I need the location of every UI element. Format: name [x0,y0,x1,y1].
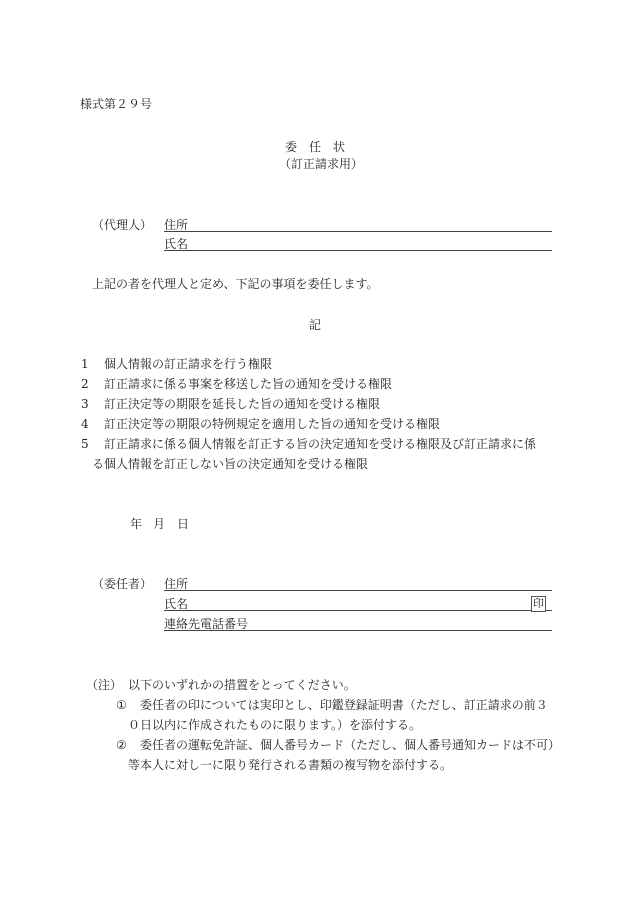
date-day-label: 日 [177,517,189,531]
agent-role-label: （代理人） [92,218,152,232]
note-mark: ② [116,738,127,752]
principal-phone-field[interactable] [164,630,552,631]
agent-address-label: 住所 [164,218,188,232]
ki-heading: 記 [309,318,321,332]
agent-address-field[interactable] [164,231,552,232]
note-item: 委任者の運転免許証、個人番号カード（ただし、個人番号通知カードは不可） [140,738,560,752]
principal-role-label: （委任者） [92,577,152,591]
note-item-continuation: ０日以内に作成されたものに限ります。）を添付する。 [128,718,421,732]
notes-label: （注） [86,678,122,692]
list-item: 訂正決定等の期限を延長した旨の通知を受ける権限 [104,397,380,411]
delegation-statement: 上記の者を代理人と定め、下記の事項を委任します。 [92,277,379,291]
principal-phone-label: 連絡先電話番号 [164,617,248,631]
list-item-number: 2 [81,377,89,391]
list-item-number: 5 [81,437,89,451]
principal-name-field[interactable] [164,610,552,611]
agent-name-field[interactable] [164,250,552,251]
seal-mark: 印 [531,596,546,612]
list-item: 訂正決定等の期限の特例規定を適用した旨の通知を受ける権限 [104,417,440,431]
notes-intro: 以下のいずれかの措置をとってください。 [128,678,356,692]
list-item: 訂正請求に係る個人情報を訂正する旨の決定通知を受ける権限及び訂正請求に係 [104,437,536,451]
principal-address-label: 住所 [164,577,188,591]
list-item: 個人情報の訂正請求を行う権限 [104,357,272,371]
list-item-number: 1 [81,357,89,371]
note-item-continuation: 等本人に対し一に限り発行される書類の複写物を添付する。 [128,758,452,772]
form-number: 様式第２９号 [80,97,152,111]
note-mark: ① [116,698,127,712]
note-item: 委任者の印については実印とし、印鑑登録証明書（ただし、訂正請求の前３ [140,698,548,712]
list-item-continuation: る個人情報を訂正しない旨の決定通知を受ける権限 [92,457,368,471]
agent-name-label: 氏名 [164,237,188,251]
date-month-label: 月 [153,517,165,531]
principal-name-label: 氏名 [164,597,188,611]
list-item-number: 3 [81,397,89,411]
list-item: 訂正請求に係る事案を移送した旨の通知を受ける権限 [104,377,392,391]
principal-address-field[interactable] [164,590,552,591]
document-subtitle: （訂正請求用） [279,157,363,171]
date-year-label: 年 [130,517,142,531]
list-item-number: 4 [81,417,89,431]
document-title: 委 任 状 [285,140,345,154]
